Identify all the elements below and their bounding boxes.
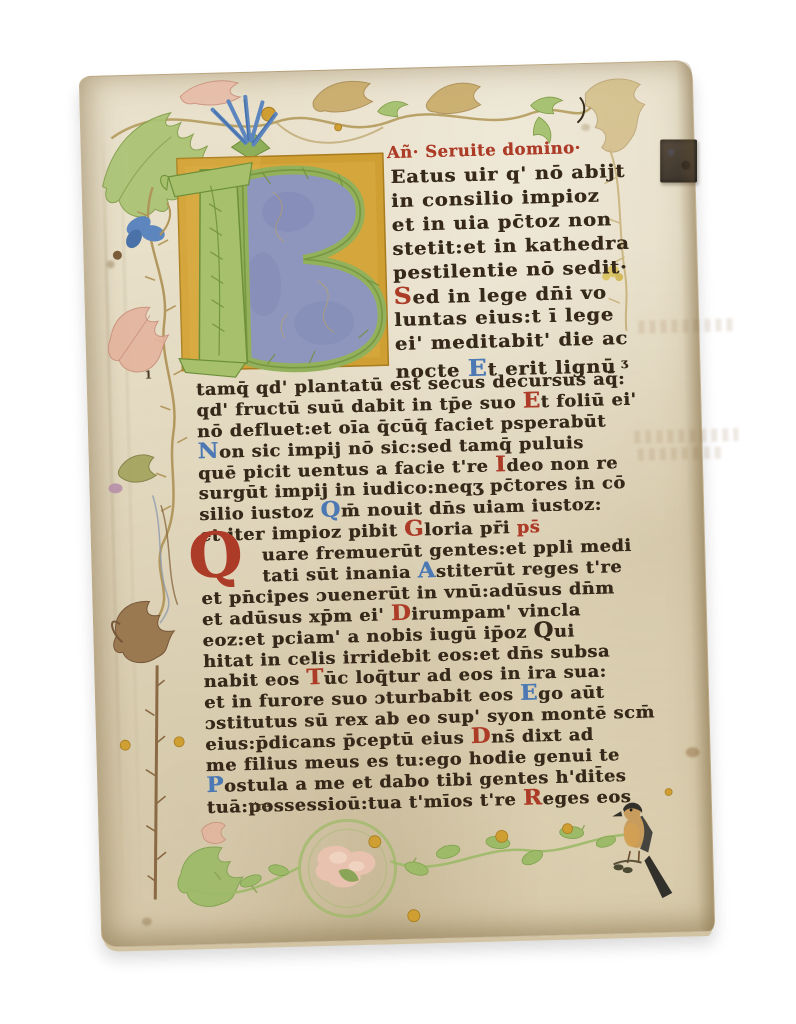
two-line-initial-Q: Q [187, 524, 245, 587]
rubric-line: Añ· Seruite domino· [387, 138, 581, 162]
photograph-stage: Añ· Seruite domino· Eatus uir q' nō abij… [0, 0, 796, 1024]
text-block: Añ· Seruite domino· Eatus uir q' nō abij… [80, 61, 715, 947]
interlinear-correction: t're [249, 799, 271, 813]
body-lines: tamq̄ qd' plantatū est secus decursus aq… [196, 367, 681, 818]
margin-mark: 1 [144, 368, 152, 381]
opening-lines: Eatus uir q' nō abijtin consilio impioze… [390, 159, 668, 381]
manuscript-page: Añ· Seruite domino· Eatus uir q' nō abij… [79, 60, 716, 948]
